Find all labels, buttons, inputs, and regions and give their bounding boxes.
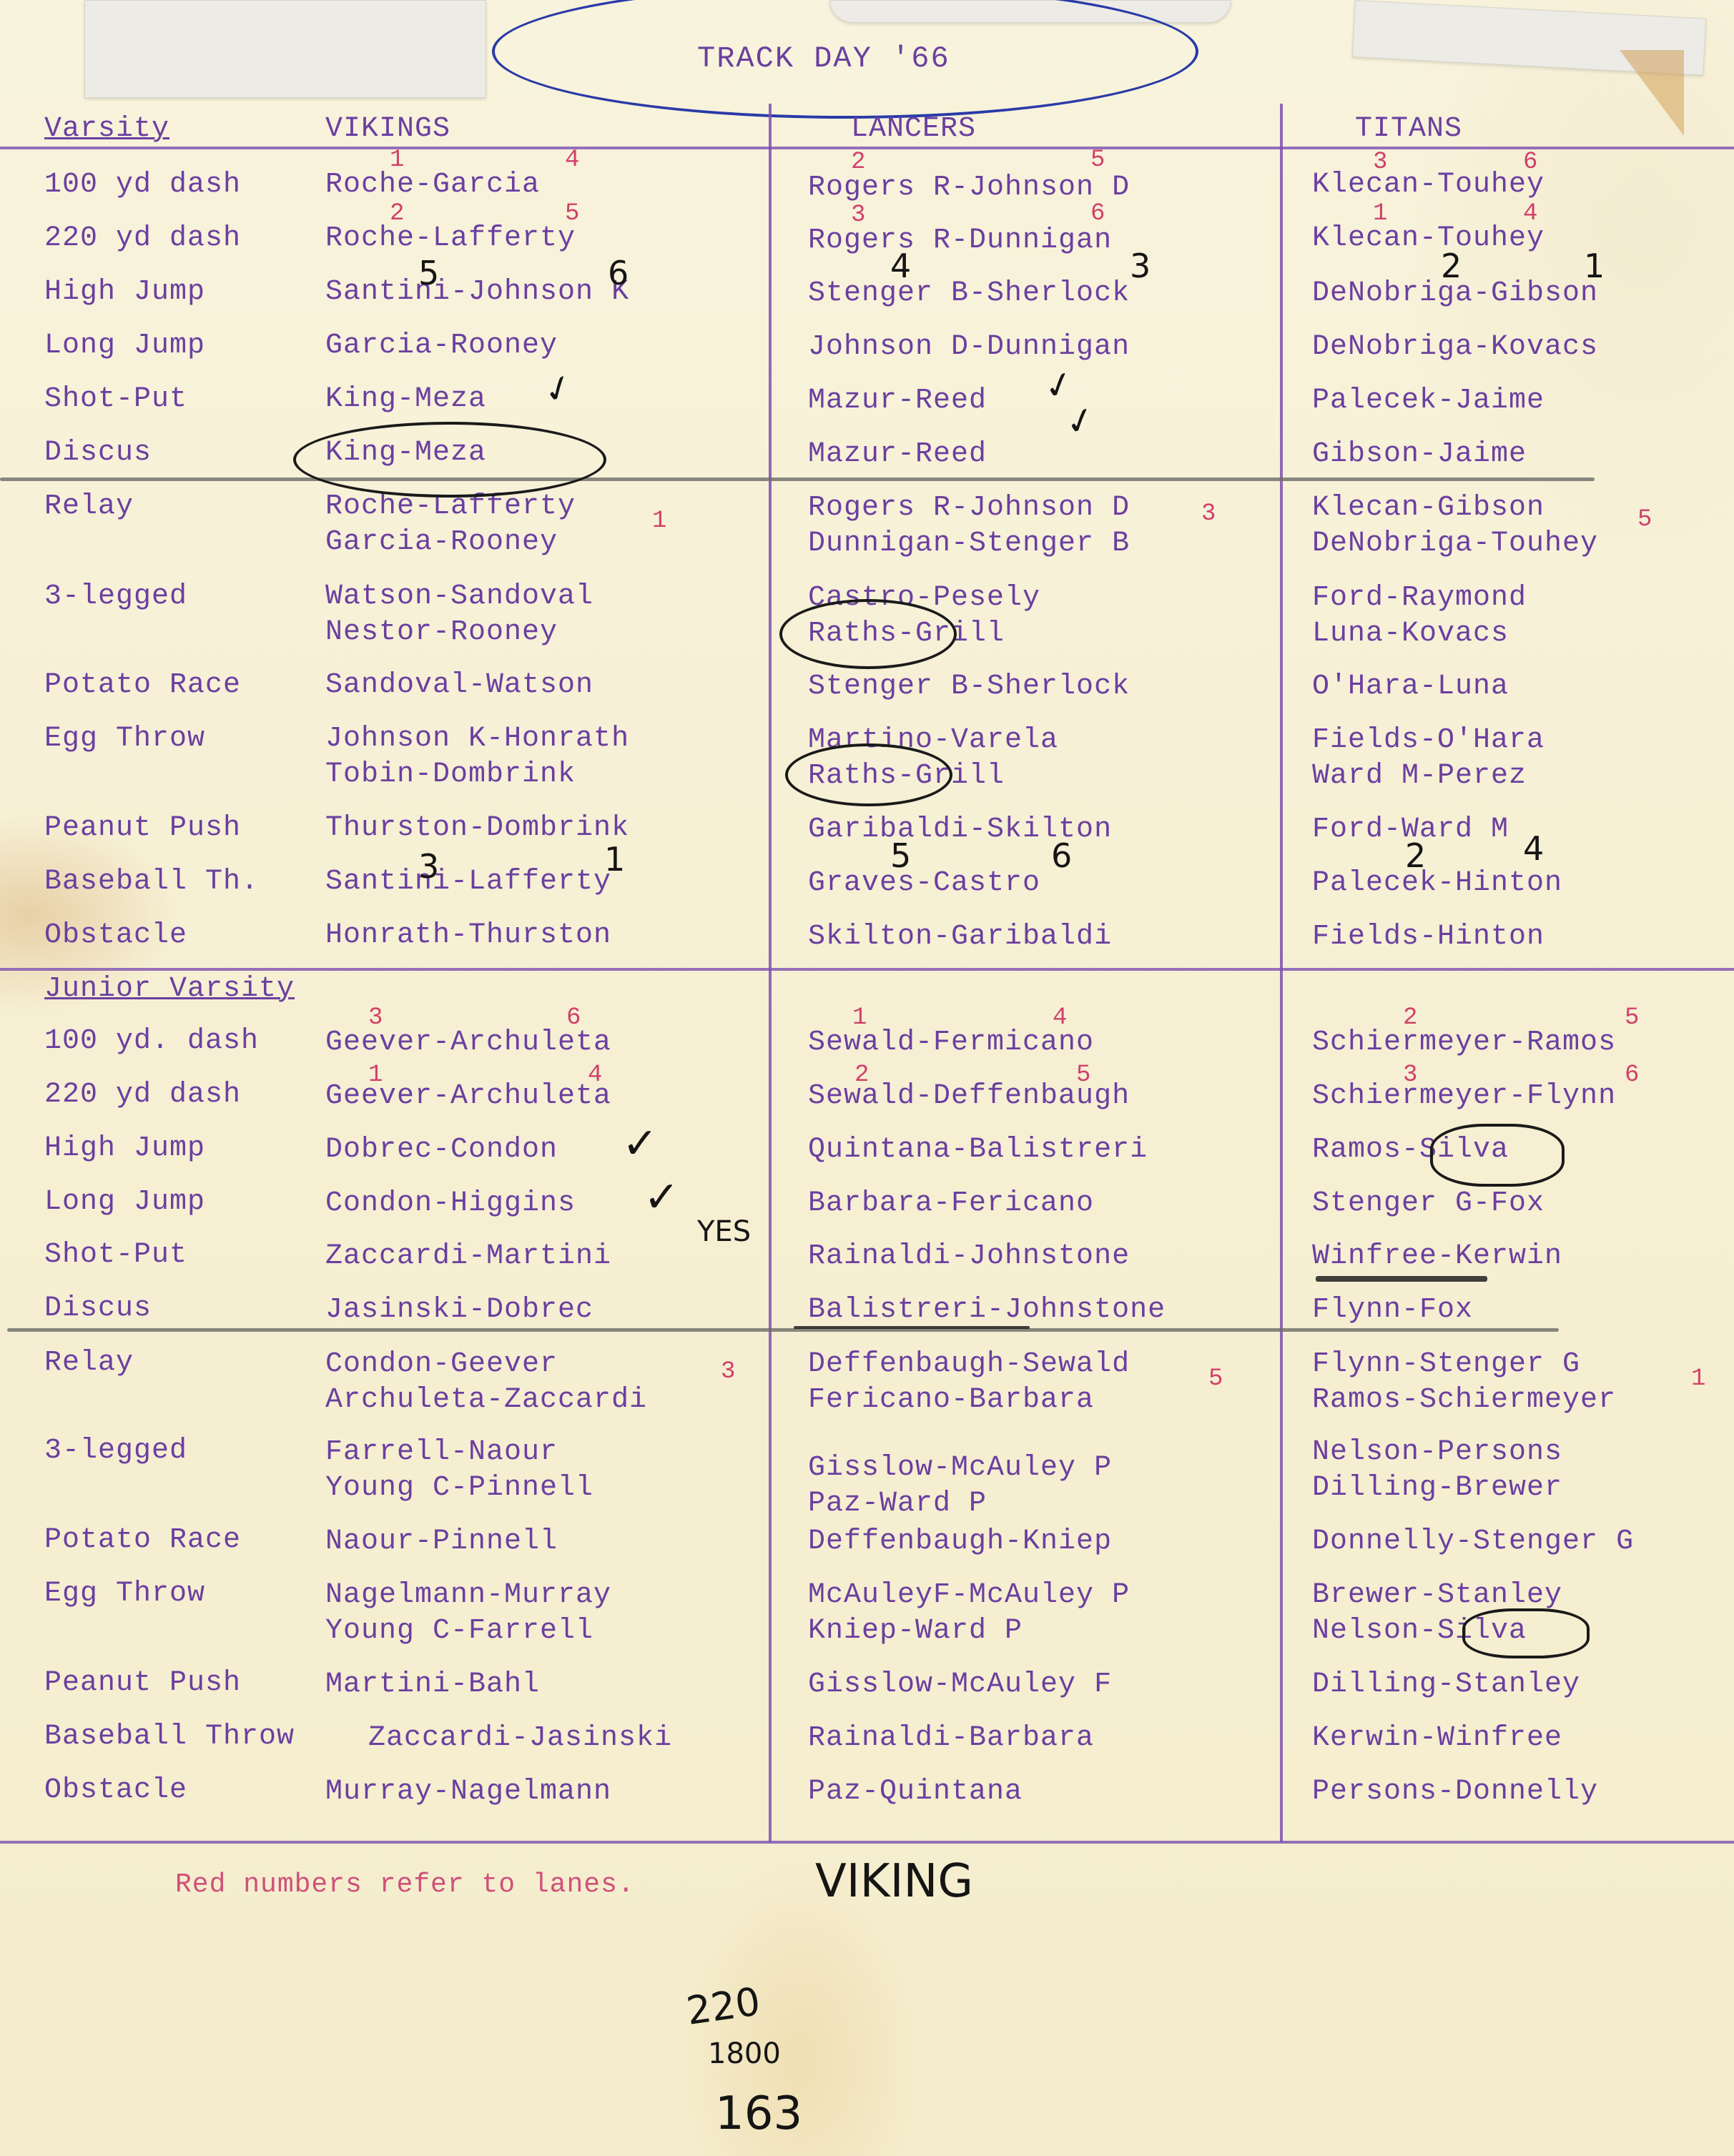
ink-underline-balistreri: [794, 1326, 1030, 1329]
vikings-pair: Naour-Pinnell: [325, 1525, 558, 1558]
titans-pair: Ford-Raymond: [1312, 582, 1527, 614]
titans-pair: Luna-Kovacs: [1312, 618, 1509, 650]
lancers-pair: Johnson D-Dunnigan: [808, 331, 1130, 363]
lane-number: 4: [588, 1062, 602, 1089]
vikings-pair: Farrell-Naour: [325, 1436, 558, 1468]
titans-pair: Ramos-Schiermeyer: [1312, 1384, 1616, 1416]
vikings-pair: King-Meza: [325, 383, 486, 415]
lane-number: 5: [1637, 506, 1652, 533]
lancers-pair: Rogers R-Johnson D: [808, 172, 1130, 204]
vikings-pair: Young C-Pinnell: [325, 1472, 593, 1504]
lancers-pair: Gisslow-McAuley F: [808, 1668, 1112, 1701]
vikings-pair: Archuleta-Zaccardi: [325, 1384, 647, 1416]
titans-pair: Winfree-Kerwin: [1312, 1240, 1562, 1272]
event-label: Shot-Put: [44, 1239, 187, 1271]
titans-pair: Palecek-Jaime: [1312, 385, 1545, 417]
circle-mark-king-meza: [293, 422, 606, 498]
titans-pair: Klecan-Gibson: [1312, 492, 1545, 524]
lancers-pair: Balistreri-Johnstone: [808, 1294, 1166, 1326]
vikings-pair: Nagelmann-Murray: [325, 1579, 611, 1611]
vikings-pair: Martini-Bahl: [325, 1668, 540, 1701]
lane-number: 5: [565, 200, 579, 227]
event-label: Shot-Put: [44, 383, 187, 415]
event-label: 3-legged: [44, 1435, 187, 1467]
circle-mark-raths-grill: [779, 599, 957, 669]
event-label: High Jump: [44, 276, 205, 308]
vikings-pair: Honrath-Thurston: [325, 919, 611, 951]
vikings-pair: Watson-Sandoval: [325, 580, 593, 613]
lane-number: 1: [368, 1062, 383, 1089]
lancers-pair: McAuleyF-McAuley P: [808, 1579, 1130, 1611]
titans-pair: Dilling-Stanley: [1312, 1668, 1580, 1701]
titans-pair: Ward M-Perez: [1312, 760, 1527, 792]
event-label: Potato Race: [44, 669, 241, 701]
titans-pair: Brewer-Stanley: [1312, 1579, 1562, 1611]
lane-number: 3: [1403, 1062, 1417, 1089]
vikings-pair: Condon-Higgins: [325, 1187, 576, 1220]
team-header-lancers: LANCERS: [851, 113, 976, 145]
vikings-pair: Santini-Lafferty: [325, 866, 611, 898]
team-header-vikings: VIKINGS: [325, 113, 450, 145]
titans-pair: Klecan-Touhey: [1312, 169, 1545, 201]
lancers-pair: Rogers R-Dunnigan: [808, 224, 1112, 257]
lane-number: 1: [652, 508, 666, 535]
lane-number: 3: [368, 1004, 383, 1032]
handwritten-lane: 3: [1130, 247, 1151, 285]
lane-number: 2: [390, 200, 404, 227]
titans-pair: Dilling-Brewer: [1312, 1472, 1562, 1504]
event-label: Peanut Push: [44, 812, 241, 844]
titans-pair: Gibson-Jaime: [1312, 438, 1527, 470]
lane-number: 4: [565, 147, 579, 174]
lane-number: 6: [1090, 200, 1105, 227]
section-rule: [0, 968, 1734, 971]
titans-pair: Persons-Donnelly: [1312, 1776, 1598, 1808]
titans-pair: Stenger G-Fox: [1312, 1187, 1545, 1220]
titans-pair: Palecek-Hinton: [1312, 867, 1562, 899]
lancers-pair: Dunnigan-Stenger B: [808, 528, 1130, 560]
lane-number: 5: [1208, 1365, 1223, 1393]
event-label: Long Jump: [44, 330, 205, 362]
titans-pair: Kerwin-Winfree: [1312, 1722, 1562, 1754]
handwritten-yes: YES: [697, 1215, 751, 1248]
handwritten-viking: VIKING: [815, 1855, 973, 1908]
vikings-pair: Jasinski-Dobrec: [325, 1294, 593, 1326]
titans-pair: Nelson-Persons: [1312, 1436, 1562, 1468]
lancers-pair: Fericano-Barbara: [808, 1384, 1094, 1416]
lane-number: 1: [390, 147, 404, 174]
titans-pair: Flynn-Fox: [1312, 1294, 1473, 1326]
lane-number: 3: [1373, 149, 1387, 176]
vikings-pair: Tobin-Dombrink: [325, 758, 576, 791]
section-heading-varsity: Varsity: [44, 113, 169, 145]
handwritten-tally: 163: [715, 2087, 802, 2140]
event-label: Egg Throw: [44, 1578, 205, 1610]
vikings-pair: Garcia-Rooney: [325, 330, 558, 362]
titans-pair: DeNobriga-Touhey: [1312, 528, 1598, 560]
vikings-pair: Johnson K-Honrath: [325, 723, 629, 755]
handwritten-lane: 4: [890, 247, 911, 285]
lane-number: 5: [1625, 1004, 1639, 1032]
vikings-pair: Roche-Lafferty: [325, 222, 576, 254]
handwritten-lane: 4: [1523, 829, 1544, 868]
titans-pair: Fields-O'Hara: [1312, 724, 1545, 756]
event-label: Egg Throw: [44, 723, 205, 755]
column-divider-2: [1280, 104, 1283, 1842]
vikings-pair: Thurston-Dombrink: [325, 812, 629, 844]
lane-number: 3: [851, 202, 865, 229]
handwritten-lane: 6: [1051, 836, 1072, 875]
lancers-pair: Stenger B-Sherlock: [808, 277, 1130, 310]
vikings-pair: Zaccardi-Martini: [325, 1240, 611, 1272]
footer-note: Red numbers refer to lanes.: [175, 1869, 635, 1900]
handwritten-lane: 1: [604, 840, 625, 879]
ink-scribble-winfree: [1316, 1276, 1487, 1282]
vikings-pair: Roche-Garcia: [325, 169, 540, 201]
event-label: Discus: [44, 1292, 152, 1325]
lancers-pair: Gisslow-McAuley P: [808, 1452, 1112, 1484]
handwritten-lane: 6: [608, 254, 629, 292]
lane-number: 1: [1373, 200, 1387, 227]
event-label: Baseball Th.: [44, 866, 259, 898]
bottom-rule: [0, 1841, 1734, 1844]
handwritten-lane: 3: [418, 847, 439, 886]
lane-number: 5: [1076, 1062, 1090, 1089]
event-label: High Jump: [44, 1132, 205, 1164]
event-label: Discus: [44, 437, 152, 469]
lancers-pair: Rainaldi-Johnstone: [808, 1240, 1130, 1272]
lane-number: 1: [1691, 1365, 1705, 1393]
vikings-pair: Young C-Farrell: [325, 1615, 593, 1647]
event-label: Obstacle: [44, 1774, 187, 1806]
event-label: Obstacle: [44, 919, 187, 951]
titans-pair: Schiermeyer-Flynn: [1312, 1080, 1616, 1112]
page-title: TRACK DAY '66: [697, 41, 950, 76]
pencil-divider-jv: [7, 1328, 1559, 1332]
lane-number: 2: [851, 149, 865, 176]
lancers-pair: Barbara-Fericano: [808, 1187, 1094, 1220]
lancers-pair: Paz-Ward P: [808, 1488, 987, 1520]
pencil-divider-varsity: [0, 478, 1595, 481]
lane-number: 6: [1523, 149, 1537, 176]
checkmark-icon: ✓: [644, 1172, 679, 1222]
handwritten-lane: 1: [1584, 247, 1605, 285]
titans-pair: DeNobriga-Kovacs: [1312, 331, 1598, 363]
event-label: Long Jump: [44, 1186, 205, 1218]
event-label: 100 yd dash: [44, 169, 241, 201]
event-label: Baseball Throw: [44, 1721, 295, 1753]
vikings-pair: Dobrec-Condon: [325, 1134, 558, 1166]
lancers-pair: Mazur-Reed: [808, 438, 987, 470]
vikings-pair: Garcia-Rooney: [325, 526, 558, 558]
event-label: Peanut Push: [44, 1667, 241, 1699]
lane-number: 4: [1053, 1004, 1067, 1032]
lancers-pair: Graves-Castro: [808, 867, 1040, 899]
lane-number: 3: [721, 1358, 735, 1385]
lane-number: 6: [1625, 1062, 1639, 1089]
handwritten-lane: 2: [1441, 247, 1462, 285]
lancers-pair: Skilton-Garibaldi: [808, 921, 1112, 953]
lane-number: 3: [1201, 500, 1216, 528]
titans-pair: Donnelly-Stenger G: [1312, 1525, 1634, 1558]
column-divider-1: [769, 104, 772, 1842]
vikings-pair: Murray-Nagelmann: [325, 1776, 611, 1808]
lancers-pair: Paz-Quintana: [808, 1776, 1023, 1808]
event-label: 3-legged: [44, 580, 187, 613]
lancers-pair: Rainaldi-Barbara: [808, 1722, 1094, 1754]
titans-pair: Flynn-Stenger G: [1312, 1348, 1580, 1380]
titans-pair: Klecan-Touhey: [1312, 222, 1545, 254]
header-rule: [0, 147, 1734, 149]
event-label: 220 yd dash: [44, 222, 241, 254]
event-label: 100 yd. dash: [44, 1025, 259, 1057]
lancers-pair: Kniep-Ward P: [808, 1615, 1023, 1647]
checkmark-icon: ✓: [622, 1119, 658, 1169]
lancers-pair: Sewald-Fermicano: [808, 1027, 1094, 1059]
lancers-pair: Stenger B-Sherlock: [808, 671, 1130, 703]
lane-number: 5: [1090, 147, 1105, 174]
team-header-titans: TITANS: [1355, 113, 1462, 145]
lancers-pair: Mazur-Reed: [808, 385, 987, 417]
lane-number: 1: [852, 1004, 867, 1032]
lancers-pair: Quintana-Balistreri: [808, 1134, 1148, 1166]
circle-mark-raths-grill: [785, 743, 952, 806]
event-label: Relay: [44, 1347, 134, 1379]
lane-number: 2: [1403, 1004, 1417, 1032]
vikings-pair: Nestor-Rooney: [325, 616, 558, 648]
lancers-pair: Deffenbaugh-Kniep: [808, 1525, 1112, 1558]
vikings-pair: Condon-Geever: [325, 1348, 558, 1380]
lancers-pair: Deffenbaugh-Sewald: [808, 1348, 1130, 1380]
handwritten-lane: 2: [1405, 836, 1426, 875]
event-label: Potato Race: [44, 1524, 241, 1556]
handwritten-tally: 1800: [708, 2037, 781, 2070]
titans-pair: Fields-Hinton: [1312, 921, 1545, 953]
event-label: Relay: [44, 490, 134, 523]
handwritten-lane: 5: [418, 254, 439, 292]
circle-mark-silva: [1462, 1608, 1590, 1658]
section-heading-jv: Junior Varsity: [44, 973, 295, 1005]
handwritten-lane: 5: [890, 836, 911, 875]
titans-pair: O'Hara-Luna: [1312, 671, 1509, 703]
titans-pair: Schiermeyer-Ramos: [1312, 1027, 1616, 1059]
vikings-pair: Zaccardi-Jasinski: [368, 1722, 672, 1754]
lane-number: 2: [854, 1062, 869, 1089]
event-label: 220 yd dash: [44, 1079, 241, 1111]
lane-number: 6: [566, 1004, 581, 1032]
lane-number: 4: [1523, 200, 1537, 227]
lancers-pair: Rogers R-Johnson D: [808, 492, 1130, 524]
circle-mark-silva: [1430, 1124, 1565, 1187]
vikings-pair: Santini-Johnson K: [325, 276, 629, 308]
tape-strip-left: [84, 0, 486, 98]
vikings-pair: Sandoval-Watson: [325, 669, 593, 701]
